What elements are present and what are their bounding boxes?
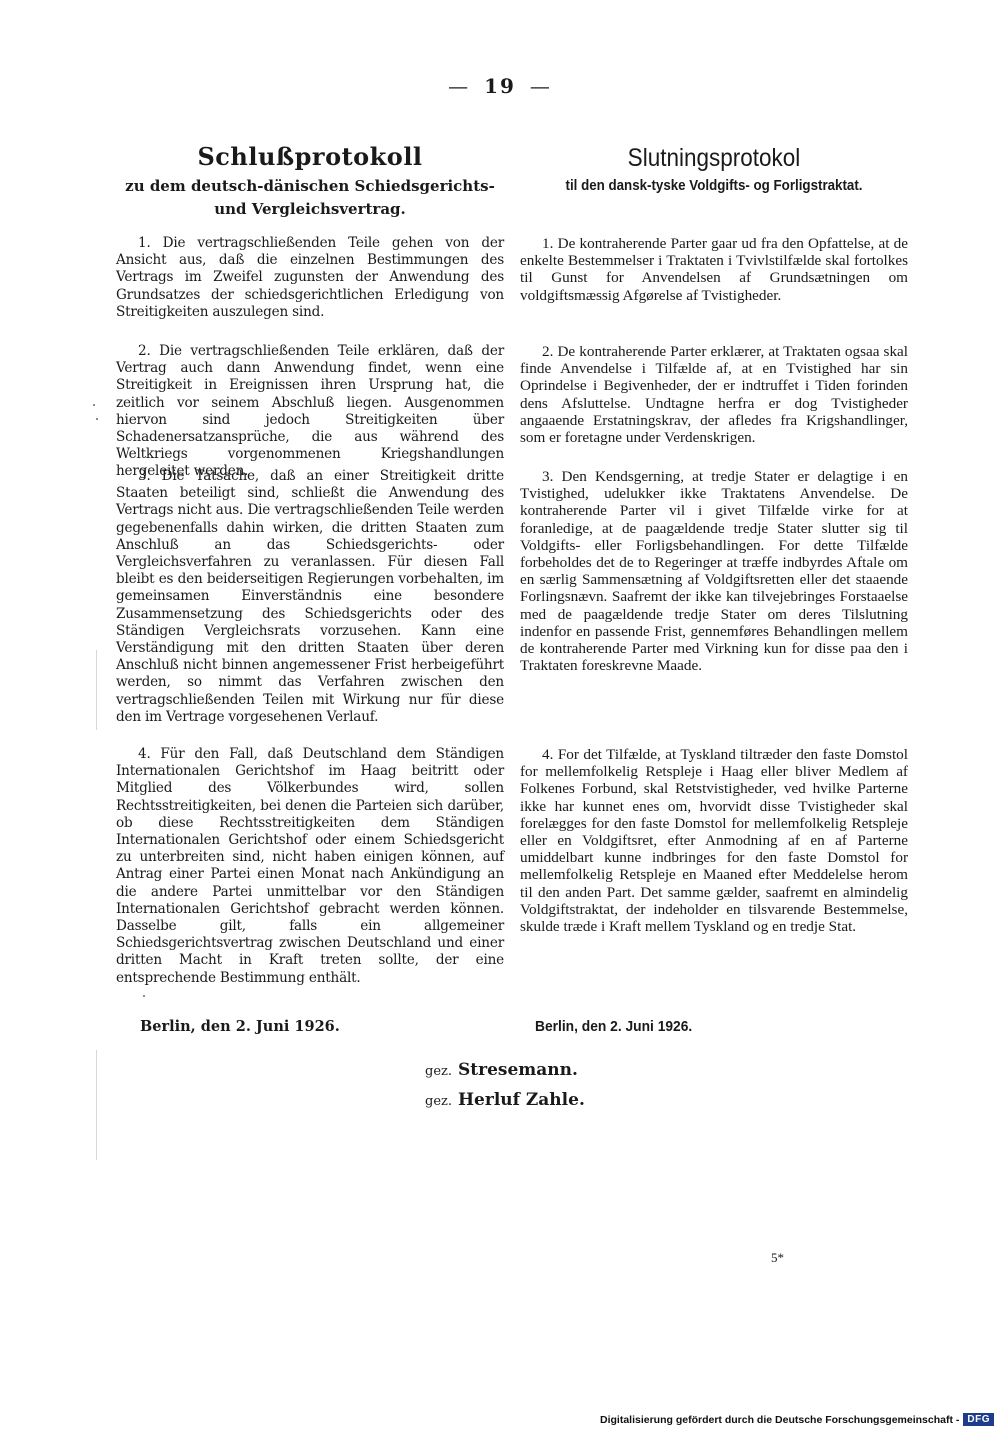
page-number: —19— [0, 74, 1000, 98]
danish-subtitle: til den dansk-tyske Voldgifts- og Forlig… [536, 178, 893, 194]
german-date-line: Berlin, den 2. Juni 1926. [140, 1018, 340, 1035]
dash-right: — [530, 74, 552, 98]
signatory-name: Herluf Zahle. [458, 1090, 585, 1110]
signatory-name: Stresemann. [458, 1060, 578, 1080]
dash-left: — [448, 74, 470, 98]
signature-stresemann: gez.Stresemann. [425, 1060, 578, 1080]
german-subtitle: zu dem deutsch-dänischen Schiedsgerichts… [116, 175, 504, 221]
danish-paragraph-4: 4. For det Tilfælde, at Tyskland tiltræd… [520, 746, 908, 935]
german-paragraph-2: 2. Die vertragschließenden Teile erkläre… [116, 343, 504, 481]
german-paragraph-1: 1. Die vertragschließenden Teile gehen v… [116, 235, 504, 321]
signature-prefix: gez. [425, 1064, 452, 1079]
scan-margin-line [96, 650, 97, 730]
signature-zahle: gez.Herluf Zahle. [425, 1090, 585, 1110]
danish-date-line: Berlin, den 2. Juni 1926. [535, 1018, 692, 1035]
dfg-logo-icon: DFG [963, 1413, 994, 1426]
danish-title: Slutningsprotokol [539, 144, 888, 173]
danish-paragraph-2: 2. De kontraherende Parter erklærer, at … [520, 343, 908, 446]
sheet-signature-mark: 5* [771, 1250, 784, 1266]
scan-speck [93, 404, 95, 406]
scan-speck [143, 995, 145, 997]
scan-speck [96, 418, 98, 420]
danish-paragraph-3: 3. Den Kendsgerning, at tredje Stater er… [520, 468, 908, 674]
german-paragraph-4: 4. Für den Fall, daß Deutschland dem Stä… [116, 746, 504, 987]
german-title: Schlußprotokoll [116, 142, 504, 171]
danish-paragraph-1: 1. De kontraherende Parter gaar ud fra d… [520, 235, 908, 304]
signature-prefix: gez. [425, 1094, 452, 1109]
german-paragraph-3: 3. Die Tatsache, daß an einer Streitigke… [116, 468, 504, 726]
scan-margin-line [96, 1050, 97, 1160]
digitization-footer: Digitalisierung gefördert durch die Deut… [600, 1413, 994, 1426]
footer-credit-text: Digitalisierung gefördert durch die Deut… [600, 1414, 959, 1426]
